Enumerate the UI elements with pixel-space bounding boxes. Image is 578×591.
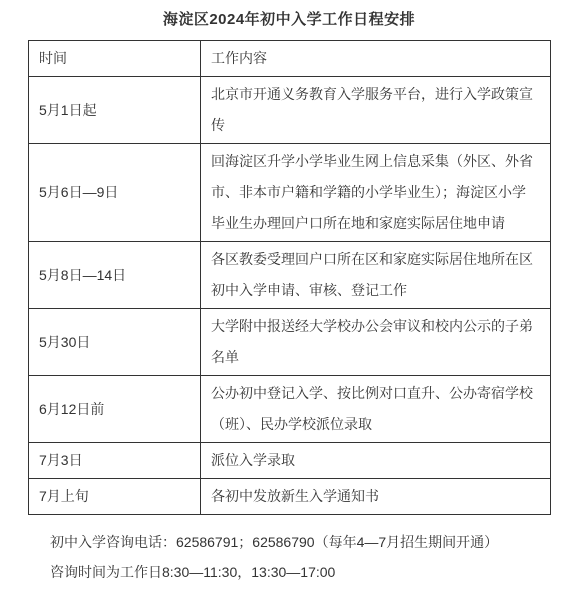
table-row: 5月1日起 北京市开通义务教育入学服务平台，进行入学政策宣传 (29, 77, 551, 144)
header-time: 时间 (29, 41, 201, 77)
time-cell: 5月30日 (29, 309, 201, 376)
time-cell: 5月8日—14日 (29, 242, 201, 309)
table-row: 5月30日 大学附中报送经大学校办公会审议和校内公示的子弟名单 (29, 309, 551, 376)
content-cell: 公办初中登记入学、按比例对口直升、公办寄宿学校（班）、民办学校派位录取 (201, 376, 551, 443)
content-cell: 大学附中报送经大学校办公会审议和校内公示的子弟名单 (201, 309, 551, 376)
time-cell: 6月12日前 (29, 376, 201, 443)
content-cell: 回海淀区升学小学毕业生网上信息采集（外区、外省市、非本市户籍和学籍的小学毕业生）… (201, 144, 551, 242)
content-cell: 派位入学录取 (201, 443, 551, 479)
header-content: 工作内容 (201, 41, 551, 77)
table-row: 5月8日—14日 各区教委受理回户口所在区和家庭实际居住地所在区初中入学申请、审… (29, 242, 551, 309)
table-row: 7月上旬 各初中发放新生入学通知书 (29, 479, 551, 515)
schedule-page: 海淀区2024年初中入学工作日程安排 时间 工作内容 5月1日起 北京市开通义务… (0, 0, 578, 591)
content-cell: 北京市开通义务教育入学服务平台，进行入学政策宣传 (201, 77, 551, 144)
table-header-row: 时间 工作内容 (29, 41, 551, 77)
time-cell: 5月6日—9日 (29, 144, 201, 242)
schedule-table: 时间 工作内容 5月1日起 北京市开通义务教育入学服务平台，进行入学政策宣传 5… (28, 40, 551, 515)
footer-phone-line: 初中入学咨询电话：62586791；62586790（每年4—7月招生期间开通） (50, 527, 578, 557)
time-cell: 7月3日 (29, 443, 201, 479)
footer-hours-line: 咨询时间为工作日8:30—11:30，13:30—17:00 (50, 557, 578, 587)
table-row: 7月3日 派位入学录取 (29, 443, 551, 479)
table-row: 6月12日前 公办初中登记入学、按比例对口直升、公办寄宿学校（班）、民办学校派位… (29, 376, 551, 443)
page-title: 海淀区2024年初中入学工作日程安排 (0, 8, 578, 29)
schedule-table-body: 5月1日起 北京市开通义务教育入学服务平台，进行入学政策宣传 5月6日—9日 回… (29, 77, 551, 515)
content-cell: 各初中发放新生入学通知书 (201, 479, 551, 515)
time-cell: 5月1日起 (29, 77, 201, 144)
time-cell: 7月上旬 (29, 479, 201, 515)
content-cell: 各区教委受理回户口所在区和家庭实际居住地所在区初中入学申请、审核、登记工作 (201, 242, 551, 309)
footer-notes: 初中入学咨询电话：62586791；62586790（每年4—7月招生期间开通）… (50, 527, 578, 587)
table-row: 5月6日—9日 回海淀区升学小学毕业生网上信息采集（外区、外省市、非本市户籍和学… (29, 144, 551, 242)
